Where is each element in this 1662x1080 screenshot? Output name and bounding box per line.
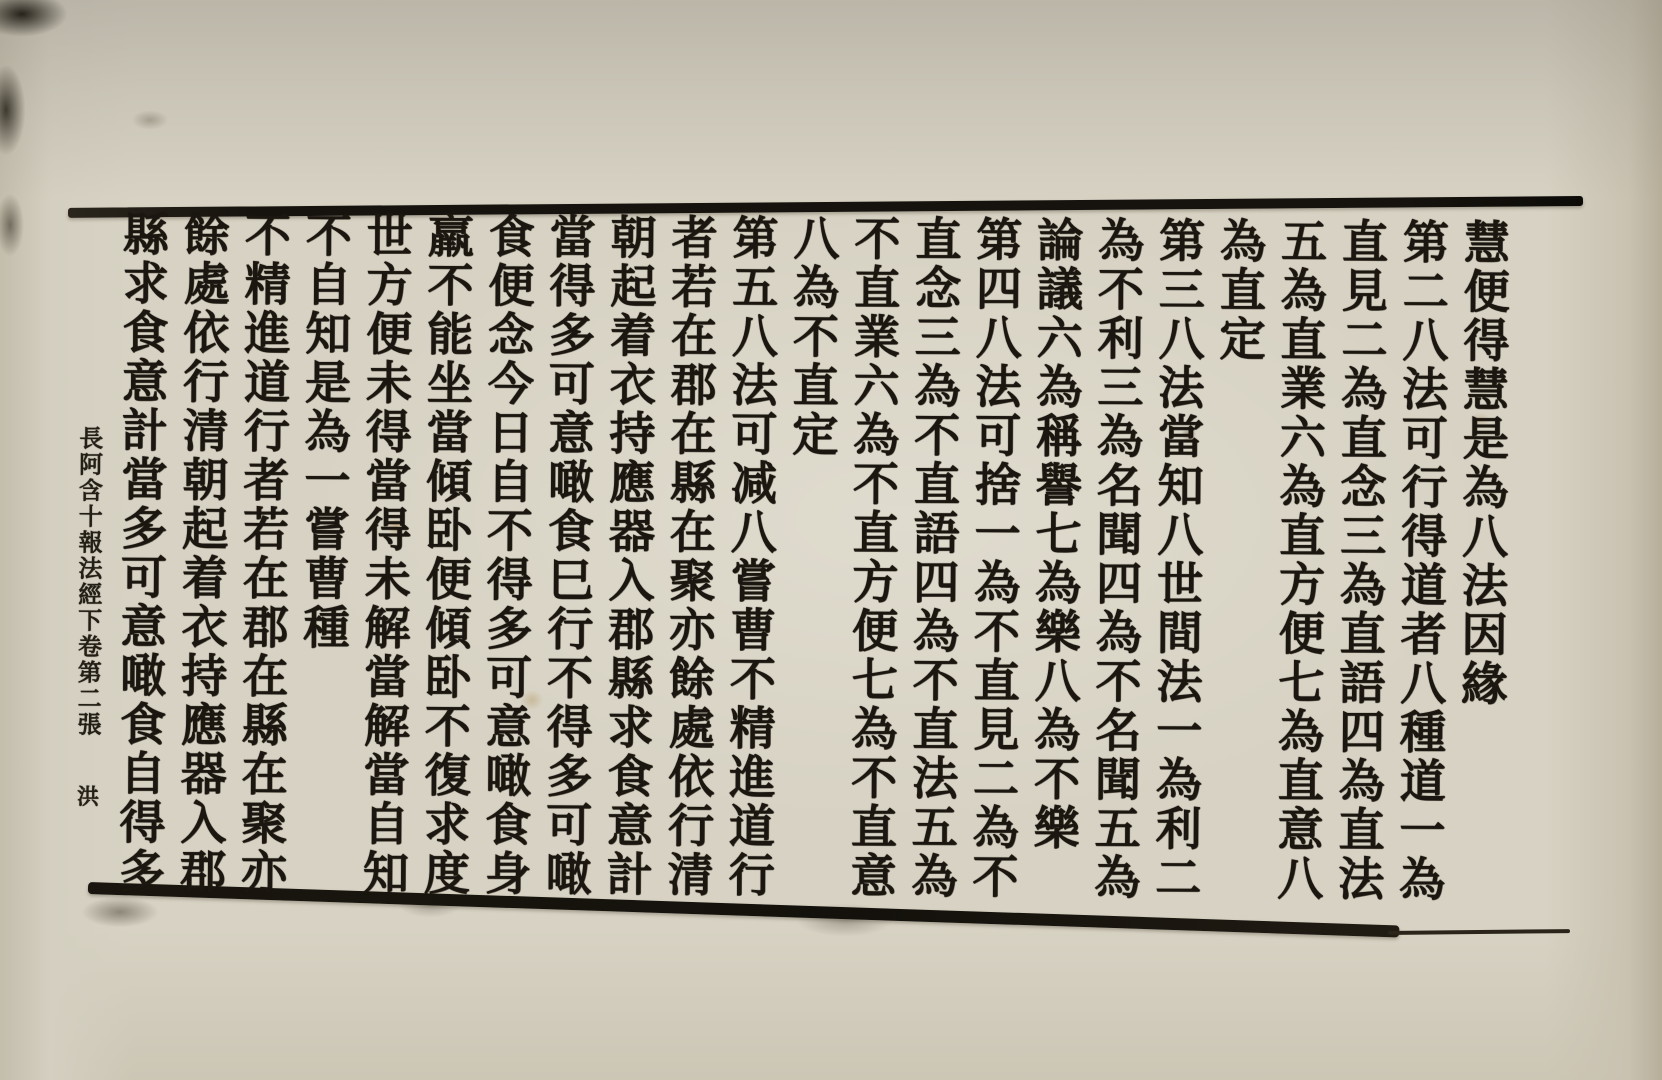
text-column: 第三八法當知八世間法一為利二: [1147, 216, 1207, 922]
colophon-title: 長阿含十報法經下卷第二張: [73, 426, 104, 738]
text-column: 不自知是為一嘗曹種: [294, 211, 354, 917]
text-column: 當得多可意噉食巳行不得多可噉: [537, 212, 597, 918]
manuscript-page: 慧便得慧是為八法因緣 第二八法可行得道者八種道一為 直見二為直念三為直語四為直法…: [0, 0, 1662, 1080]
text-column: 世方便未得當得未解當解當自知: [355, 211, 415, 917]
text-column: 第四八法可捨一為不直見二為不: [964, 215, 1024, 921]
text-column: 直見二為直念三為直語四為直法: [1330, 217, 1390, 923]
text-column: 不精進道行者若在郡在縣在聚亦: [233, 211, 293, 917]
bottom-border-rule-extension: [1388, 929, 1570, 935]
text-column: 羸不能坐當傾卧便傾卧不復求度: [416, 212, 476, 918]
text-column: 第二八法可行得道者八種道一為: [1391, 218, 1451, 924]
text-column: 五為直業六為直方便七為直意八: [1269, 217, 1329, 923]
text-column: 不直業六為不直方便七為不直意: [842, 214, 902, 920]
text-column: 者若在郡在縣在聚亦餘處依行清: [659, 213, 719, 919]
text-column: 八為不直定: [781, 214, 841, 920]
colophon-column: 長阿含十報法經下卷第二張 洪: [66, 210, 110, 916]
text-column: 朝起着衣持應器入郡縣求食意計: [598, 213, 658, 919]
text-column: 第五八法可减八嘗曹不精進道行: [720, 214, 780, 920]
text-column: 食便念今日自不得多可意噉食身: [477, 212, 537, 918]
text-column: 論議六為稱譽七為樂八為不樂: [1025, 215, 1085, 921]
text-column: 餘處依行清朝起着衣持應器入郡: [172, 210, 232, 916]
text-column: 縣求食意計當多可意噉食自得多: [111, 210, 171, 916]
sutra-text-block: 慧便得慧是為八法因緣 第二八法可行得道者八種道一為 直見二為直念三為直語四為直法…: [66, 210, 1512, 925]
text-column: 直念三為不直語四為不直法五為: [903, 215, 963, 921]
text-column: 為直定: [1208, 217, 1268, 923]
text-column: 慧便得慧是為八法因緣: [1452, 218, 1512, 924]
text-column: 為不利三為名聞四為不名聞五為: [1086, 216, 1146, 922]
colophon-case-mark: 洪: [74, 785, 100, 809]
